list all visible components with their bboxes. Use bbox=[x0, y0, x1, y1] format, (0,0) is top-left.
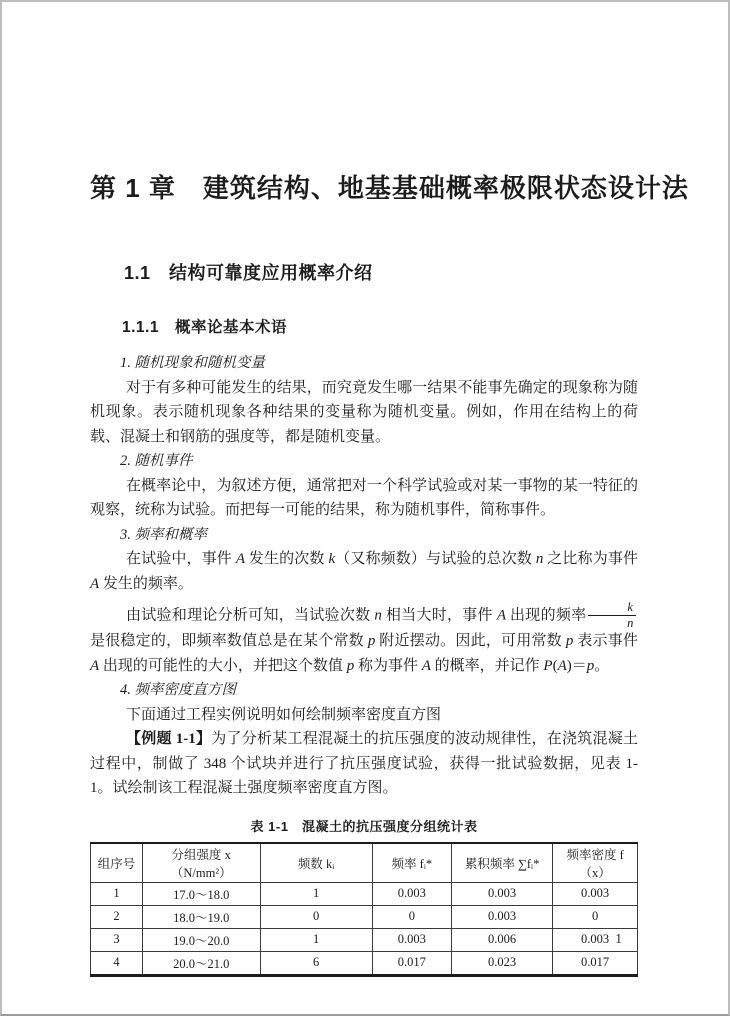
numbered-item-2: 2. 随机事件 bbox=[120, 449, 638, 474]
table-cell: 1 bbox=[260, 928, 372, 951]
body-content: 1. 随机现象和随机变量 对于有多种可能发生的结果，而究竟发生哪一结果不能事先确… bbox=[90, 351, 638, 801]
table-cell: 0.017 bbox=[372, 951, 451, 975]
paragraph-random-events: 在概率论中，为叙述方便，通常把对一个科学试验或对某一事物的某一特征的观察，统称为… bbox=[90, 474, 638, 523]
table-cell: 20.0～21.0 bbox=[142, 951, 260, 975]
numbered-item-4: 4. 频率密度直方图 bbox=[120, 678, 638, 703]
table-cell: 0 bbox=[553, 905, 638, 928]
fraction-k-over-n: kn bbox=[588, 601, 636, 629]
text-run: 表示事件 bbox=[573, 633, 638, 649]
text-run: )＝ bbox=[567, 658, 587, 674]
table-cell: 4 bbox=[91, 951, 143, 975]
text-run: 出现的频率 bbox=[506, 608, 586, 624]
page-number: 1 bbox=[615, 931, 622, 947]
table-cell: 0.023 bbox=[451, 951, 552, 975]
table-caption: 表 1-1 混凝土的抗压强度分组统计表 bbox=[90, 816, 638, 835]
text-run: 在试验中，事件 bbox=[126, 551, 236, 567]
math-var: A bbox=[497, 608, 506, 624]
paragraph-random-phenomena: 对于有多种可能发生的结果，而究竟发生哪一结果不能事先确定的现象称为随机现象。表示… bbox=[90, 376, 638, 450]
numbered-item-3: 3. 频率和概率 bbox=[120, 523, 638, 548]
section-heading-1-1: 1.1 结构可靠度应用概率介绍 bbox=[124, 261, 638, 285]
math-var: A bbox=[558, 658, 567, 674]
math-var: A bbox=[90, 658, 99, 674]
table-cell: 0.003 bbox=[451, 882, 552, 905]
text-run: 相当大时，事件 bbox=[382, 608, 497, 624]
table-cell: 3 bbox=[91, 928, 143, 951]
paragraph-histogram-intro: 下面通过工程实例说明如何绘制频率密度直方图 bbox=[90, 703, 638, 728]
table-cell: 0.017 bbox=[553, 951, 638, 975]
table-row: 218.0～19.0000.0030 bbox=[91, 905, 638, 928]
table-row: 117.0～18.010.0030.0030.003 bbox=[91, 882, 638, 905]
paragraph-probability-definition: 由试验和理论分析可知，当试验次数 n 相当大时，事件 A 出现的频率kn是很稳定… bbox=[90, 601, 638, 678]
table-cell: 1 bbox=[260, 882, 372, 905]
table-cell: 0.003 bbox=[553, 928, 638, 951]
column-header: 频率 fᵢ* bbox=[372, 843, 451, 883]
example-label: 【例题 1-1】 bbox=[126, 731, 211, 747]
table-cell: 0 bbox=[260, 905, 372, 928]
column-header: 组序号 bbox=[91, 843, 143, 883]
text-run: 的概率，并记作 bbox=[431, 658, 544, 674]
table-row: 420.0～21.060.0170.0230.017 bbox=[91, 951, 638, 975]
table-cell: 17.0～18.0 bbox=[142, 882, 260, 905]
table-cell: 0.003 bbox=[451, 905, 552, 928]
numbered-item-1: 1. 随机现象和随机变量 bbox=[120, 351, 638, 376]
table-cell: 2 bbox=[91, 905, 143, 928]
text-run: 附近摆动。因此，可用常数 bbox=[375, 633, 566, 649]
stats-table: 组序号分组强度 x（N/mm²）频数 kᵢ频率 fᵢ*累积频率 ∑fᵢ*频率密度… bbox=[90, 842, 638, 977]
column-header: 频数 kᵢ bbox=[260, 843, 372, 883]
table-cell: 1 bbox=[91, 882, 143, 905]
math-var: A bbox=[90, 576, 99, 592]
math-var: n bbox=[374, 608, 382, 624]
column-header: 分组强度 x（N/mm²） bbox=[142, 843, 260, 883]
text-run: 发生的频率。 bbox=[99, 576, 193, 592]
text-run: 称为事件 bbox=[354, 658, 422, 674]
text-run: 之比称为事件 bbox=[543, 551, 638, 567]
column-header: 累积频率 ∑fᵢ* bbox=[451, 843, 552, 883]
math-var: P bbox=[543, 658, 552, 674]
table-cell: 0.003 bbox=[372, 882, 451, 905]
text-run: 是很稳定的，即频率数值总是在某个常数 bbox=[90, 633, 368, 649]
math-var: A bbox=[236, 551, 245, 567]
paragraph-frequency-definition: 在试验中，事件 A 发生的次数 k（又称频数）与试验的总次数 n 之比称为事件 … bbox=[90, 547, 638, 596]
paragraph-example-1-1: 【例题 1-1】为了分析某工程混凝土的抗压强度的波动规律性，在浇筑混凝土过程中，… bbox=[90, 727, 638, 801]
stats-table-body: 117.0～18.010.0030.0030.003218.0～19.0000.… bbox=[91, 882, 638, 975]
table-row: 319.0～20.010.0030.0060.003 bbox=[91, 928, 638, 951]
table-cell: 0.006 bbox=[451, 928, 552, 951]
table-cell: 0.003 bbox=[553, 882, 638, 905]
column-header: 频率密度 f（x） bbox=[553, 843, 638, 883]
table-cell: 6 bbox=[260, 951, 372, 975]
table-cell: 0 bbox=[372, 905, 451, 928]
text-run: 由试验和理论分析可知，当试验次数 bbox=[126, 608, 374, 624]
text-run: 。 bbox=[594, 658, 609, 674]
chapter-title: 第 1 章 建筑结构、地基基础概率极限状态设计法 bbox=[90, 170, 638, 206]
table-cell: 18.0～19.0 bbox=[142, 905, 260, 928]
math-var: A bbox=[422, 658, 431, 674]
subsection-heading-1-1-1: 1.1.1 概率论基本术语 bbox=[122, 317, 638, 338]
document-page: 第 1 章 建筑结构、地基基础概率极限状态设计法 1.1 结构可靠度应用概率介绍… bbox=[0, 0, 730, 1016]
text-run: （又称频数）与试验的总次数 bbox=[335, 551, 536, 567]
table-cell: 0.003 bbox=[372, 928, 451, 951]
stats-table-head-row: 组序号分组强度 x（N/mm²）频数 kᵢ频率 fᵢ*累积频率 ∑fᵢ*频率密度… bbox=[91, 843, 638, 883]
text-run: 出现的可能性的大小，并把这个数值 bbox=[99, 658, 347, 674]
table-cell: 19.0～20.0 bbox=[142, 928, 260, 951]
text-run: 发生的次数 bbox=[245, 551, 328, 567]
